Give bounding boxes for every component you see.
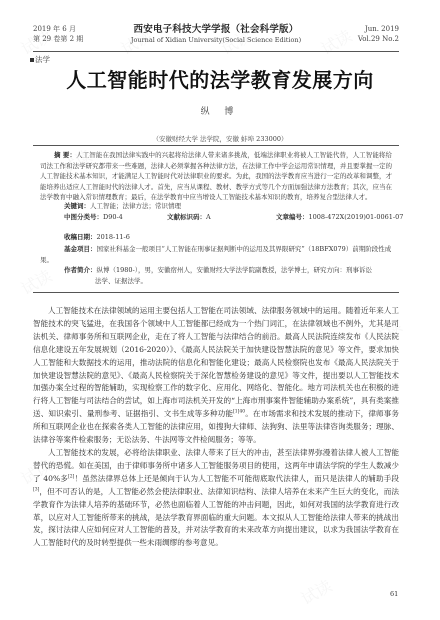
author-info-line-1: 作者简介：纵博（1980-），男，安徽宿州人，安徽财经大学法学院副教授，法学博士… — [64, 265, 394, 276]
volume-en: Vol.29 No.2 — [358, 34, 399, 44]
received-value: 2018-11-6 — [97, 233, 130, 241]
author-info-text-1: 纵博（1980-），男，安徽宿州人，安徽财经大学法学院副教授，法学博士，研究方向… — [97, 266, 373, 274]
body-paragraph-1: 人工智能技术在法律领域的运用主要包括人工智能在司法领域、法律服务领域中的运用。随… — [33, 305, 399, 447]
abstract: 摘 要：人工智能在我国法律实践中的兴起将给法律人带来诸多挑战，低端法律职业将被人… — [40, 150, 392, 203]
doc-code-label: 文献标识码： — [167, 213, 206, 221]
abstract-label: 摘 要： — [54, 151, 76, 159]
clc-value: D90-4 — [103, 213, 123, 221]
keywords-label: 关键词： — [64, 202, 90, 210]
abstract-text: 人工智能在我国法律实践中的兴起将给法律人带来诸多挑战，低端法律职业将被人工智能代… — [40, 151, 392, 201]
issue-date-en: Jun. 2019 — [358, 24, 399, 34]
article-title: 人工智能时代的法学教育发展方向 — [0, 64, 440, 93]
keywords-value: 人工智能；法律方法；常识情理 — [90, 202, 181, 210]
body-text: ，但不可否认的是，人工智能必然会使法律职业、法律知识结构、法律人培养在未来产生巨… — [33, 487, 399, 548]
header-center: 西安电子科技大学学报（社会科学版） Journal of Xidian Univ… — [33, 24, 399, 45]
fund-row: 基金项目：国家社科基金一般项目“人工智能在刑事证据判断中的运用及其界限研究”（1… — [40, 244, 392, 265]
keywords-row: 关键词：人工智能；法律方法；常识情理 — [64, 201, 181, 212]
clc-label: 中图分类号： — [64, 213, 103, 221]
author-info-label: 作者简介： — [64, 266, 97, 274]
body-paragraph-2: 人工智能技术的发展，必将给法律职业、法律人带来了巨大的冲击，甚至法律界弥漫着法律… — [33, 447, 399, 550]
body-text: ！虽然法律界总体上还是倾向于认为人工智能不可能彻底取代法律人，而只是法律人的辅助… — [74, 474, 399, 483]
journal-header: 2019 年 6 月 第 29 卷第 2 期 西安电子科技大学学报（社会科学版）… — [33, 24, 399, 50]
article-no-label: 文章编号： — [276, 213, 309, 221]
meta-divider — [33, 292, 399, 293]
article-body: 人工智能技术在法律领域的运用主要包括人工智能在司法领域、法律服务领域中的运用。随… — [33, 305, 399, 550]
received-label: 收稿日期： — [64, 233, 97, 241]
page-number: 61 — [390, 590, 398, 598]
affiliation-divider — [33, 145, 399, 146]
author-info-text-2: 法学、证据法学。 — [64, 276, 394, 287]
body-text: 人工智能技术在法律领域的运用主要包括人工智能在司法领域、法律服务领域中的运用。随… — [33, 306, 399, 418]
header-right: Jun. 2019 Vol.29 No.2 — [358, 24, 399, 44]
watermark: 试读 — [296, 574, 335, 610]
watermark: 试读 — [16, 264, 55, 300]
doc-code-field: 文献标识码：A — [167, 212, 211, 222]
journal-name-en: Journal of Xidian University(Social Scie… — [33, 35, 399, 45]
received-row: 收稿日期：2018-11-6 — [64, 232, 130, 243]
header-divider — [33, 51, 399, 52]
clc-field: 中图分类号：D90-4 — [64, 212, 123, 222]
article-no-value: 1008-472X(2019)01-0061-07 — [309, 213, 404, 221]
journal-name-cn: 西安电子科技大学学报（社会科学版） — [33, 24, 399, 35]
abstract-paragraph: 摘 要：人工智能在我国法律实践中的兴起将给法律人带来诸多挑战，低端法律职业将被人… — [40, 150, 392, 203]
author-name: 纵 博 — [0, 104, 440, 117]
section-label: 法学 — [35, 55, 50, 64]
article-no-field: 文章编号：1008-472X(2019)01-0061-07 — [276, 212, 403, 222]
doc-code-value: A — [206, 213, 211, 221]
author-affiliation: （安徽财经大学 法学院，安徽 蚌埠 233000） — [0, 134, 440, 143]
fund-label: 基金项目： — [64, 245, 97, 253]
citation-ref[interactable]: [1]40 — [233, 410, 245, 415]
author-info: 作者简介：纵博（1980-），男，安徽宿州人，安徽财经大学法学院副教授，法学博士… — [64, 265, 394, 286]
square-bullet-icon — [30, 58, 34, 62]
